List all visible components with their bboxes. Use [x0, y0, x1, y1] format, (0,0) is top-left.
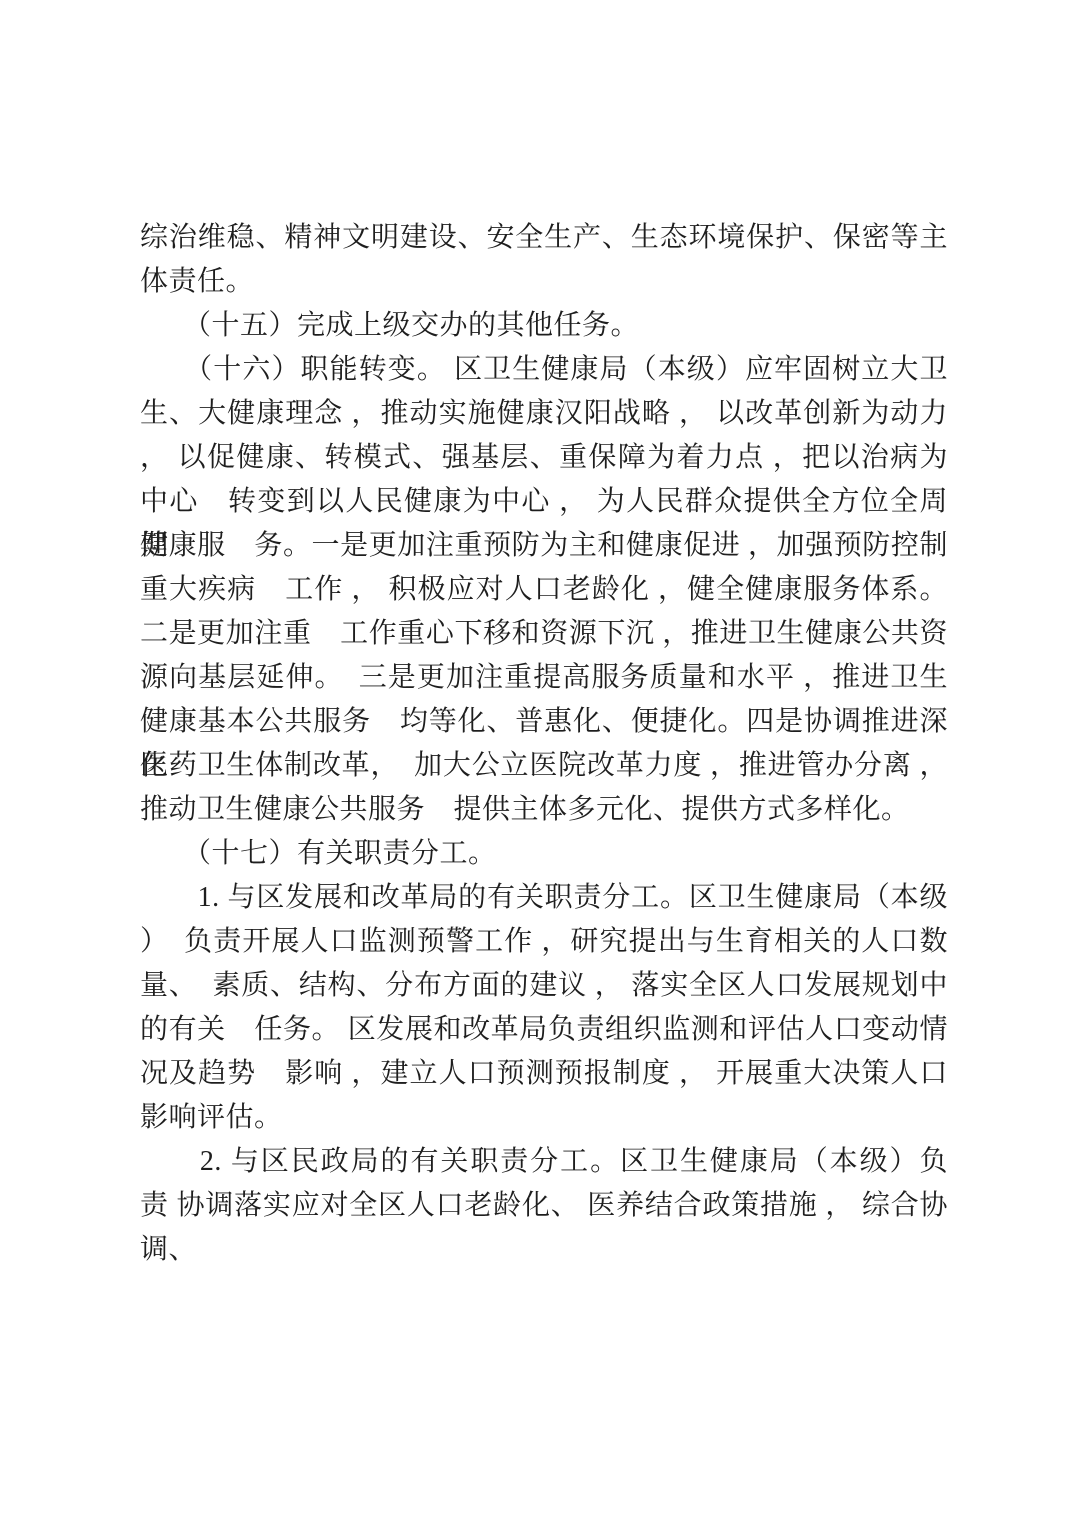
- text-line: 责 协调落实应对全区人口老龄化、 医养结合政策措施 ， 综合协: [140, 1184, 948, 1228]
- text-line: （十六）职能转变。 区卫生健康局（本级）应牢固树立大卫: [140, 348, 948, 392]
- text-line: 调、: [140, 1228, 948, 1272]
- text-line: 健康基本公共服务 均等化、普惠化、便捷化。四是协调推进深化: [140, 700, 948, 744]
- text-line: 1. 与区发展和改革局的有关职责分工。区卫生健康局（本级: [140, 876, 948, 920]
- document-page: 综治维稳、精神文明建设、安全生产、生态环境保护、保密等主体责任。 （十五）完成上…: [0, 0, 1074, 1520]
- text-line: 医药卫生体制改革， 加大公立医院改革力度 ，推进管办分离 ，: [140, 744, 948, 788]
- text-line: 2. 与区民政局的有关职责分工。区卫生健康局（本级）负: [140, 1140, 948, 1184]
- text-line: （十七）有关职责分工。: [140, 832, 948, 876]
- text-line: 健康服 务。一是更加注重预防为主和健康促进 ，加强预防控制: [140, 524, 948, 568]
- text-line: 生、大健康理念 ，推动实施健康汉阳战略 ， 以改革创新为动力: [140, 392, 948, 436]
- text-line: 量、 素质、结构、分布方面的建议 ， 落实全区人口发展规划中: [140, 964, 948, 1008]
- text-line: 影响评估。: [140, 1096, 948, 1140]
- text-line: 况及趋势 影响 ，建立人口预测预报制度 ， 开展重大决策人口: [140, 1052, 948, 1096]
- text-line: 的有关 任务。 区发展和改革局负责组织监测和评估人口变动情: [140, 1008, 948, 1052]
- document-body: 综治维稳、精神文明建设、安全生产、生态环境保护、保密等主体责任。 （十五）完成上…: [140, 216, 948, 1272]
- text-line: 体责任。: [140, 260, 948, 304]
- text-line: （十五）完成上级交办的其他任务。: [140, 304, 948, 348]
- text-line: ） 负责开展人口监测预警工作 ，研究提出与生育相关的人口数: [140, 920, 948, 964]
- text-line: 中心 转变到以人民健康为中心 ， 为人民群众提供全方位全周期: [140, 480, 948, 524]
- text-line: ， 以促健康、转模式、强基层、重保障为着力点 ，把以治病为: [140, 436, 948, 480]
- text-line: 源向基层延伸。 三是更加注重提高服务质量和水平 ，推进卫生: [140, 656, 948, 700]
- text-line: 重大疾病 工作 ， 积极应对人口老龄化 ，健全健康服务体系。: [140, 568, 948, 612]
- text-line: 二是更加注重 工作重心下移和资源下沉 ，推进卫生健康公共资: [140, 612, 948, 656]
- text-line: 综治维稳、精神文明建设、安全生产、生态环境保护、保密等主: [140, 216, 948, 260]
- text-line: 推动卫生健康公共服务 提供主体多元化、提供方式多样化。: [140, 788, 948, 832]
